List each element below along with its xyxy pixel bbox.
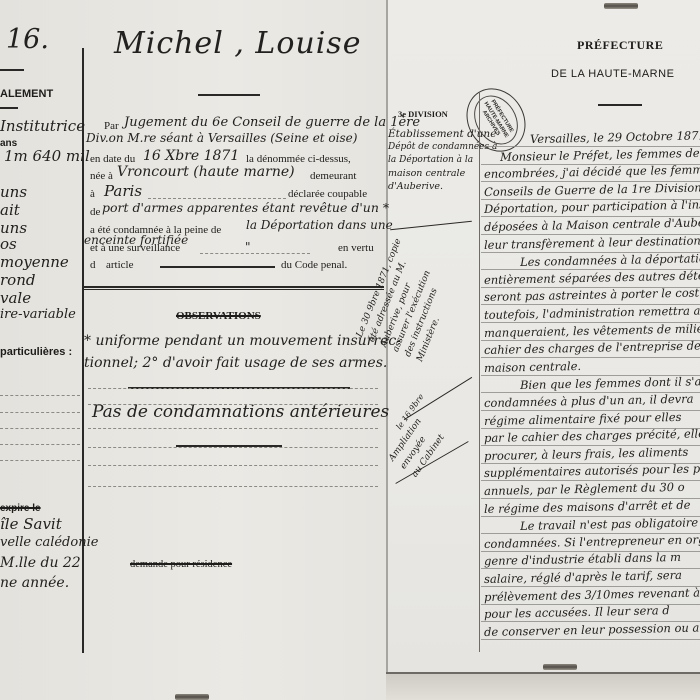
subject-line-3: la Déportation à la — [388, 155, 473, 165]
section-heading: ALEMENT — [0, 88, 53, 100]
subject-line-1: Établissement d'une — [388, 128, 496, 140]
observation-line-2: tionnel; 2° d'avoir fait usage de ses ar… — [84, 355, 387, 371]
dotted-rule — [0, 444, 80, 445]
binder-clip-bottom — [543, 664, 577, 670]
charge-value: port d'armes apparentes étant revêtue d'… — [102, 200, 389, 215]
divider — [0, 107, 18, 109]
binder-clip-top — [604, 3, 638, 9]
at-label: à — [90, 188, 95, 200]
deportation-number: M.lle du 22 — [0, 555, 81, 571]
physical-description-2: ait — [0, 201, 20, 219]
dotted-rule — [88, 486, 378, 487]
deportation-colony: velle calédonie — [0, 535, 98, 550]
dotted-rule — [88, 428, 378, 429]
dotted-rule — [148, 198, 286, 199]
observation-line-1: * uniforme pendant un mouvement insurrec… — [84, 333, 401, 349]
section-divider — [84, 289, 384, 290]
dotted-rule — [88, 447, 378, 448]
article-prefix: d — [90, 259, 96, 271]
charge-label: de — [90, 206, 100, 218]
left-column-divider — [82, 48, 84, 653]
article-label: article — [106, 259, 133, 271]
ruled-line — [481, 357, 700, 358]
subject-line-4: maison centrale — [388, 168, 465, 179]
height-value: 1m 640 mil — [4, 147, 90, 165]
letter-margin-divider — [479, 92, 480, 652]
expiry-label-struck: expire le — [0, 503, 41, 514]
subject-line-2: Dépôt de condamnées à — [388, 142, 497, 152]
deportation-place: île Savit — [0, 515, 62, 533]
dotted-rule — [0, 395, 80, 396]
observation-line-3: Pas de condamnations antérieures — [92, 402, 389, 422]
title-flourish — [198, 94, 260, 96]
dotted-rule — [88, 388, 378, 389]
article-line — [160, 266, 275, 268]
physical-description-7: vale — [0, 289, 31, 307]
born-label: née à — [90, 170, 113, 182]
prefecture-title: PRÉFECTURE — [577, 38, 663, 53]
record-number: 16. — [6, 24, 49, 55]
residence: Paris — [104, 182, 142, 200]
section-divider — [84, 286, 384, 288]
ruled-line — [481, 639, 700, 640]
surveillance-value: " — [245, 240, 251, 254]
dotted-rule — [88, 465, 378, 466]
code-label: du Code penal. — [281, 259, 347, 271]
physical-description-8: ire-variable — [0, 307, 76, 322]
sentence-value: la Déportation dans une — [246, 218, 393, 232]
dotted-rule — [0, 428, 80, 429]
profession-value: Institutrice — [0, 117, 85, 135]
surveillance-label: et à une surveillance — [90, 242, 180, 254]
judgment-date: 16 Xbre 1871 — [143, 148, 239, 164]
binder-clip-left-bottom — [175, 694, 209, 700]
residence-request-struck: demande pour résidence — [130, 559, 232, 570]
physical-description-4: os — [0, 235, 17, 253]
header-flourish — [598, 104, 642, 106]
judgment-location: Div.on M.re séant à Versailles (Seine et… — [86, 131, 357, 145]
observations-heading: OBSERVATIONS — [176, 310, 261, 322]
divider — [0, 69, 24, 71]
physical-description-6: rond — [0, 271, 35, 289]
dotted-rule — [0, 460, 80, 461]
birthplace: Vroncourt (haute marne) — [117, 164, 295, 180]
residing-label: demeurant — [310, 170, 356, 182]
deportation-year: ne année. — [0, 575, 69, 591]
physical-description-5: moyenne — [0, 253, 69, 271]
guilty-label: déclarée coupable — [288, 188, 367, 200]
prefecture-subtitle: DE LA HAUTE-MARNE — [551, 68, 674, 80]
prisoner-name: Michel , Louise — [114, 26, 361, 61]
by-virtue-label: en vertu — [338, 242, 374, 254]
judgment-court: Jugement du 6e Conseil de guerre de la 1… — [124, 115, 420, 130]
dotted-rule — [0, 412, 80, 413]
division-label: 3e DIVISION — [398, 109, 448, 119]
dotted-rule — [200, 253, 310, 254]
letter-line: maison centrale. — [484, 359, 581, 375]
table-surface — [386, 672, 700, 700]
physical-description-1: uns — [0, 183, 27, 201]
subject-line-5: d'Auberive. — [388, 181, 443, 192]
marks-label: particulières : — [0, 346, 72, 358]
